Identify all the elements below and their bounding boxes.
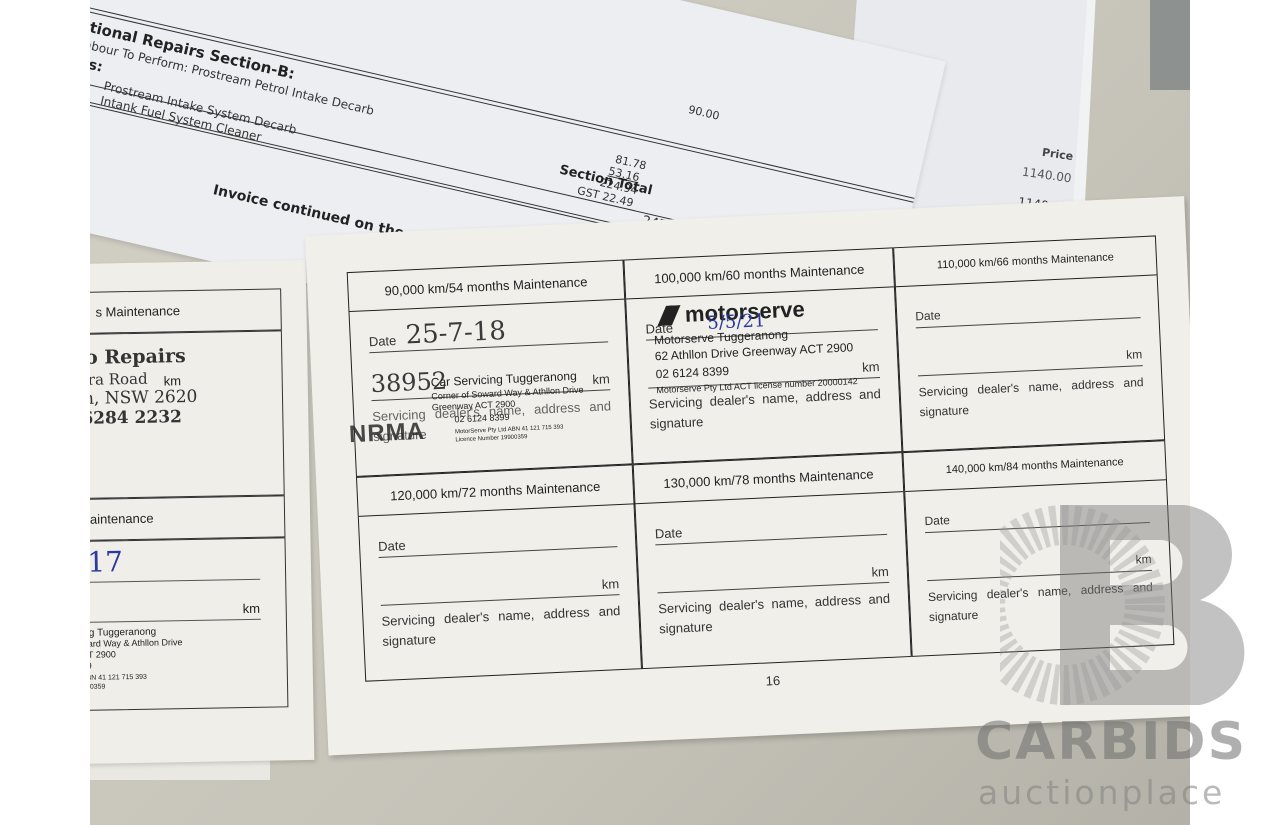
labour-amount: 90.00 bbox=[687, 103, 721, 123]
date-field[interactable]: Date bbox=[655, 516, 888, 546]
km-label: km bbox=[592, 371, 610, 387]
km-label: km bbox=[871, 564, 889, 580]
km-label: km bbox=[1126, 347, 1143, 362]
maintenance-cell-100000: 100,000 km/60 months Maintenance motorse… bbox=[623, 247, 902, 464]
date-label: Date bbox=[378, 538, 406, 554]
stamp-phone: 6284 2232 bbox=[90, 407, 182, 429]
fabric-corner bbox=[1150, 0, 1190, 90]
stamp-line: 500359 bbox=[90, 682, 105, 693]
page-number: 16 bbox=[765, 673, 780, 689]
divider bbox=[90, 0, 914, 199]
carbids-b-logo-icon bbox=[1000, 505, 1250, 705]
divider bbox=[90, 0, 914, 203]
stamp-line: ward Way & Athllon Drive bbox=[90, 637, 183, 650]
left-heading: Maintenance bbox=[90, 511, 154, 527]
watermark-tagline: auctionplace bbox=[978, 773, 1225, 812]
stamp-line: n, NSW 2620 bbox=[90, 387, 198, 409]
nrma-stamp-logo: NRMA bbox=[348, 418, 425, 449]
date-field[interactable]: Date bbox=[915, 299, 1141, 328]
handwritten-date: 25-7-18 bbox=[405, 316, 507, 351]
cell-heading: 110,000 km/66 months Maintenance bbox=[894, 236, 1157, 287]
maintenance-cell-120000: 120,000 km/72 months Maintenance Date km… bbox=[356, 464, 642, 681]
km-field[interactable]: km bbox=[917, 347, 1143, 376]
cell-heading: 90,000 km/54 months Maintenance bbox=[348, 261, 624, 312]
date-label: Date bbox=[655, 525, 683, 541]
date-label: Date bbox=[924, 513, 950, 528]
logbook-left-page: s Maintenance to Repairs rra Road km n, … bbox=[90, 260, 314, 764]
km-label: km bbox=[601, 576, 619, 592]
date-label: Date bbox=[369, 333, 397, 349]
km-field[interactable]: km bbox=[380, 576, 620, 606]
stamp-business: to Repairs bbox=[90, 345, 186, 369]
stamp-line: CT 2900 bbox=[90, 649, 116, 661]
km-line bbox=[90, 619, 261, 623]
cell-heading: 100,000 km/60 months Maintenance bbox=[624, 248, 893, 299]
stamp-line: rra Road bbox=[90, 370, 148, 389]
dealer-label: Servicing dealer's name, address and sig… bbox=[658, 589, 892, 639]
dealer-label: Servicing dealer's name, address and sig… bbox=[918, 372, 1145, 422]
watermark-brand: CARBIDS bbox=[975, 712, 1247, 772]
km-label: km bbox=[862, 359, 880, 375]
handwritten-date: -17 bbox=[90, 545, 123, 579]
left-heading-box: s Maintenance bbox=[90, 288, 282, 334]
km-field[interactable]: km bbox=[657, 564, 890, 594]
dealer-label: Servicing dealer's name, address and sig… bbox=[381, 601, 622, 652]
date-field[interactable]: Date bbox=[378, 528, 618, 558]
left-heading: s Maintenance bbox=[95, 303, 180, 319]
date-line bbox=[90, 579, 260, 583]
left-cell: -17 km ing Tuggeranong ward Way & Athllo… bbox=[90, 537, 288, 711]
km-label: km bbox=[243, 601, 261, 616]
stamp-line: 99 bbox=[90, 661, 92, 672]
maintenance-cell-110000: 110,000 km/66 months Maintenance Date km… bbox=[893, 235, 1165, 452]
left-cell: to Repairs rra Road km n, NSW 2620 6284 … bbox=[90, 330, 285, 499]
stamp-line: Licence Number 19900359 bbox=[455, 432, 527, 446]
maintenance-cell-130000: 130,000 km/78 months Maintenance Date km… bbox=[633, 452, 912, 669]
left-heading-box: Maintenance bbox=[90, 495, 285, 541]
maintenance-cell-90000: 90,000 km/54 months Maintenance Date 25-… bbox=[347, 260, 633, 477]
date-label: Date bbox=[915, 308, 941, 323]
km-label: km bbox=[164, 373, 182, 388]
